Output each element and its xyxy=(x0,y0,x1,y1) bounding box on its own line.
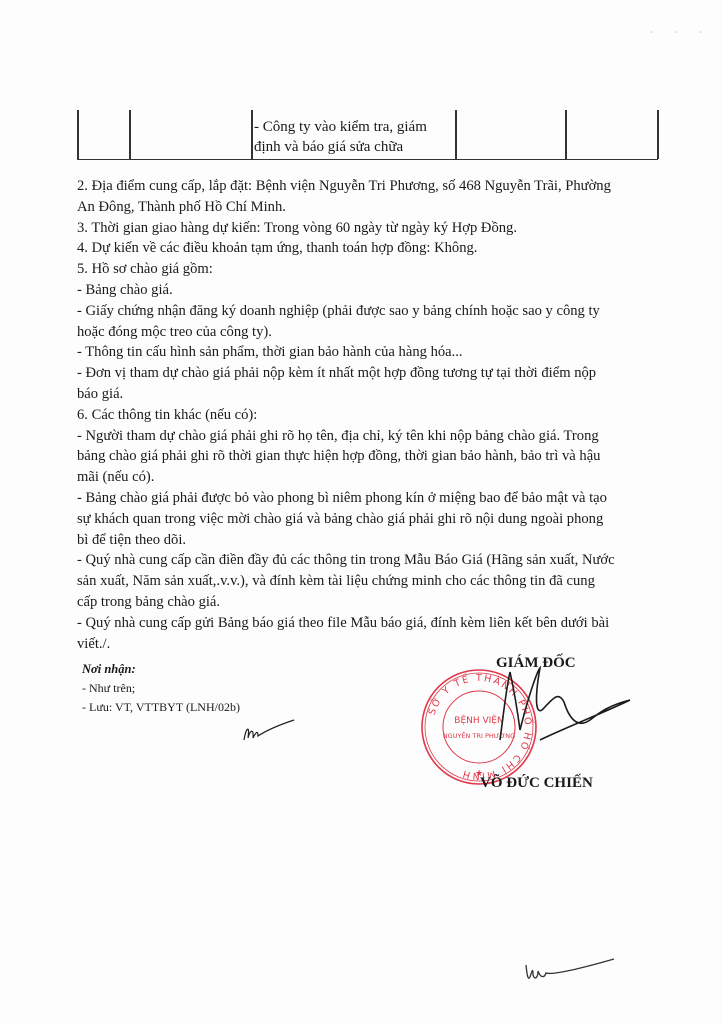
cell-line: - Công ty vào kiểm tra, giám xyxy=(254,117,444,137)
table-column-border xyxy=(565,110,567,159)
item-5-b: - Giấy chứng nhận đăng ký doanh nghiệp (… xyxy=(77,301,667,322)
document-body: 2. Địa điểm cung cấp, lắp đặt: Bệnh viện… xyxy=(77,176,667,654)
item-5-b-cont: hoặc đóng mộc treo của công ty). xyxy=(77,322,667,343)
item-6-c-cont: sản xuất, Năm sản xuất,.v.v.), và đính k… xyxy=(77,571,667,592)
table-column-border xyxy=(251,110,253,159)
item-6-c: - Quý nhà cung cấp cần điền đầy đủ các t… xyxy=(77,550,667,571)
item-5-a: - Bảng chào giá. xyxy=(77,280,667,301)
item-6-b-cont: bì để tiện theo dõi. xyxy=(77,530,667,551)
item-6-c-cont: cấp trong bảng chào giá. xyxy=(77,592,667,613)
document-page: · · · - Công ty vào kiểm tra, giám định … xyxy=(0,0,722,1024)
table-column-border xyxy=(455,110,457,159)
item-2: 2. Địa điểm cung cấp, lắp đặt: Bệnh viện… xyxy=(77,176,667,197)
signature-block: SỞ Y TẾ THÀNH PHỐ HỒ CHÍ MINH BỆNH VIỆN … xyxy=(420,650,650,800)
item-6-b-cont: sự khách quan trong việc mời chào giá và… xyxy=(77,509,667,530)
page-initials-icon xyxy=(522,955,617,985)
item-2-cont: An Đông, Thành phố Hồ Chí Minh. xyxy=(77,197,667,218)
table-column-border xyxy=(129,110,131,159)
item-4: 4. Dự kiến về các điều khoản tạm ứng, th… xyxy=(77,238,667,259)
item-6-d: - Quý nhà cung cấp gửi Bảng báo giá theo… xyxy=(77,613,667,634)
item-5-d-cont: báo giá. xyxy=(77,384,667,405)
initials-signature-icon xyxy=(236,718,296,748)
recipient-item: - Lưu: VT, VTTBYT (LNH/02b) xyxy=(82,698,240,717)
recipients-title: Nơi nhận: xyxy=(82,660,240,679)
recipients-block: Nơi nhận: - Như trên; - Lưu: VT, VTTBYT … xyxy=(82,660,240,717)
item-6-a-cont: bảng chào giá phải ghi rõ thời gian thực… xyxy=(77,446,667,467)
scan-artifact: · · · xyxy=(650,28,712,37)
item-5-c: - Thông tin cấu hình sản phẩm, thời gian… xyxy=(77,342,667,363)
table-column-border xyxy=(657,110,659,159)
table-column-border xyxy=(77,110,79,159)
table-fragment: - Công ty vào kiểm tra, giám định và báo… xyxy=(77,110,658,160)
item-5: 5. Hồ sơ chào giá gồm: xyxy=(77,259,667,280)
item-6: 6. Các thông tin khác (nếu có): xyxy=(77,405,667,426)
cell-line: định và báo giá sửa chữa xyxy=(254,137,444,157)
recipient-item: - Như trên; xyxy=(82,679,240,698)
signer-name: VÕ ĐỨC CHIẾN xyxy=(480,775,593,792)
item-6-a-cont: mãi (nếu có). xyxy=(77,467,667,488)
director-signature-icon xyxy=(460,660,650,760)
item-6-a: - Người tham dự chào giá phải ghi rõ họ … xyxy=(77,426,667,447)
table-cell-description: - Công ty vào kiểm tra, giám định và báo… xyxy=(254,117,444,157)
item-5-d: - Đơn vị tham dự chào giá phải nộp kèm í… xyxy=(77,363,667,384)
item-3: 3. Thời gian giao hàng dự kiến: Trong vò… xyxy=(77,218,667,239)
item-6-b: - Bảng chào giá phải được bỏ vào phong b… xyxy=(77,488,667,509)
